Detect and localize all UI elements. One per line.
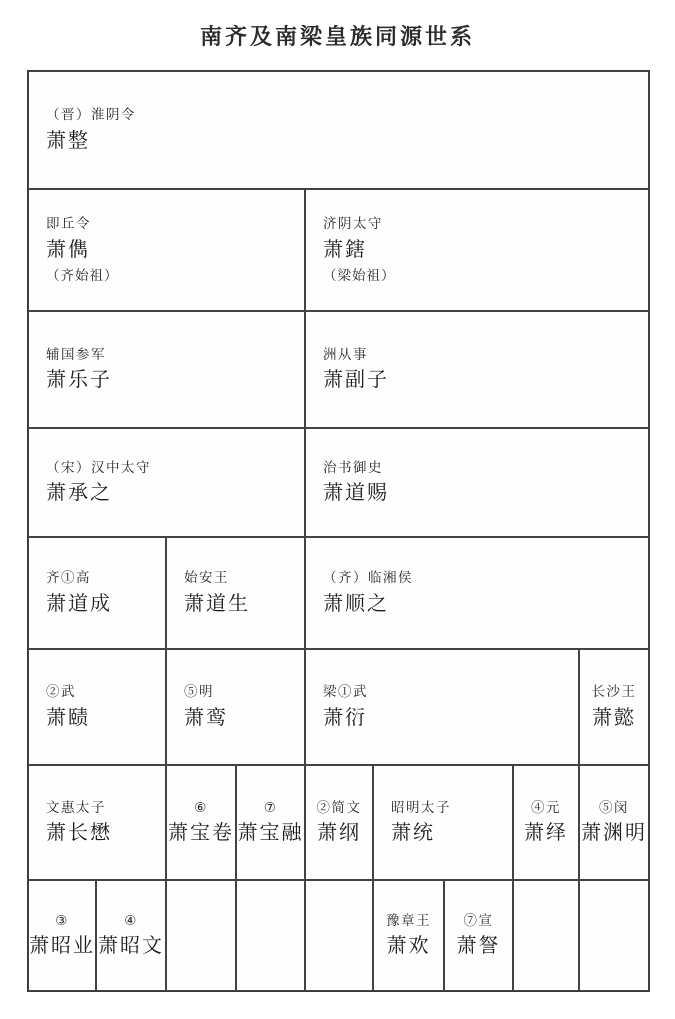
cell-xiao-baojuan: ⑥萧宝卷 bbox=[166, 765, 236, 880]
cell-name: 萧统 bbox=[391, 820, 435, 847]
cell-xiao-yuanming: ⑤闵萧渊明 bbox=[579, 765, 649, 880]
cell-name: 萧顺之 bbox=[323, 591, 389, 618]
cell-xiao-tong: 昭明太子萧统 bbox=[373, 765, 513, 880]
cell-name: 萧道生 bbox=[184, 591, 250, 618]
cell-empty-3 bbox=[305, 880, 373, 991]
cell-name: 萧乐子 bbox=[46, 367, 112, 394]
cell-label: 辅国参军 bbox=[46, 345, 106, 365]
cell-label: 始安王 bbox=[184, 568, 229, 588]
cell-name: 萧渊明 bbox=[581, 820, 647, 847]
cell-xiao-xia: 济阴太守萧鎋（梁始祖） bbox=[305, 189, 649, 311]
cell-label: ⑤明 bbox=[184, 682, 214, 702]
cell-xiao-lezi: 辅国参军萧乐子 bbox=[28, 311, 305, 428]
cell-label: ②武 bbox=[46, 682, 76, 702]
cell-note: （梁始祖） bbox=[323, 266, 396, 286]
cell-empty-1 bbox=[166, 880, 236, 991]
cell-xiao-fuzi: 洲从事萧副子 bbox=[305, 311, 649, 428]
cell-label: 济阴太守 bbox=[323, 214, 383, 234]
cell-label: 长沙王 bbox=[592, 682, 637, 702]
cell-name: 萧鸾 bbox=[184, 705, 228, 732]
cell-xiao-shunzhi: （齐）临湘侯萧顺之 bbox=[305, 537, 649, 649]
cell-label: 文惠太子 bbox=[46, 798, 106, 818]
cell-xiao-luan: ⑤明萧鸾 bbox=[166, 649, 305, 765]
cell-name: 萧长懋 bbox=[46, 820, 112, 847]
cell-label: 昭明太子 bbox=[391, 798, 451, 818]
cell-label: 齐①高 bbox=[46, 568, 91, 588]
cell-name: 萧副子 bbox=[323, 367, 389, 394]
cell-label: ⑦宣 bbox=[464, 911, 494, 931]
cell-name: 萧昭业 bbox=[29, 933, 95, 960]
cell-xiao-zhaowen: ④萧昭文 bbox=[96, 880, 166, 991]
cell-xiao-baorong: ⑦萧宝融 bbox=[236, 765, 305, 880]
cell-name: 萧昭文 bbox=[98, 933, 164, 960]
cell-label: ②简文 bbox=[317, 798, 362, 818]
cell-name: 萧道成 bbox=[46, 591, 112, 618]
cell-xiao-zheng: （晋）淮阴令萧整 bbox=[28, 71, 649, 189]
cell-label: ⑥ bbox=[194, 798, 208, 818]
cell-xiao-daoci: 治书御史萧道赐 bbox=[305, 428, 649, 537]
genealogy-table: （晋）淮阴令萧整即丘令萧儁（齐始祖）济阴太守萧鎋（梁始祖）辅国参军萧乐子洲从事萧… bbox=[27, 70, 650, 992]
cell-empty-2 bbox=[236, 880, 305, 991]
cell-name: 萧懿 bbox=[592, 705, 636, 732]
cell-xiao-changmao: 文惠太子萧长懋 bbox=[28, 765, 166, 880]
cell-label: （齐）临湘侯 bbox=[323, 568, 413, 588]
cell-name: 萧宝卷 bbox=[168, 820, 234, 847]
page-title: 南齐及南梁皇族同源世系 bbox=[0, 20, 675, 51]
cell-label: （宋）汉中太守 bbox=[46, 458, 151, 478]
cell-empty-4 bbox=[513, 880, 579, 991]
cell-xiao-yan: 梁①武萧衍 bbox=[305, 649, 579, 765]
cell-label: 豫章王 bbox=[386, 911, 431, 931]
cell-name: 萧鎋 bbox=[323, 237, 367, 264]
cell-label: 即丘令 bbox=[46, 214, 91, 234]
cell-xiao-cha: ⑦宣萧詧 bbox=[444, 880, 513, 991]
cell-label: 梁①武 bbox=[323, 682, 368, 702]
cell-xiao-yi: 长沙王萧懿 bbox=[579, 649, 649, 765]
cell-label: ⑦ bbox=[264, 798, 278, 818]
cell-name: 萧道赐 bbox=[323, 480, 389, 507]
cell-name: 萧欢 bbox=[387, 933, 431, 960]
cell-xiao-zhaoye: ③萧昭业 bbox=[28, 880, 96, 991]
cell-label: ④元 bbox=[531, 798, 561, 818]
cell-label: ③ bbox=[55, 911, 69, 931]
cell-empty-5 bbox=[579, 880, 649, 991]
cell-xiao-daosheng: 始安王萧道生 bbox=[166, 537, 305, 649]
cell-label: ④ bbox=[124, 911, 138, 931]
cell-xiao-ze: ②武萧赜 bbox=[28, 649, 166, 765]
cell-xiao-yi-yuan: ④元萧绎 bbox=[513, 765, 579, 880]
cell-name: 萧绎 bbox=[524, 820, 568, 847]
cell-name: 萧赜 bbox=[46, 705, 90, 732]
cell-name: 萧宝融 bbox=[238, 820, 304, 847]
cell-name: 萧儁 bbox=[46, 237, 90, 264]
cell-note: （齐始祖） bbox=[46, 266, 119, 286]
cell-name: 萧纲 bbox=[317, 820, 361, 847]
cell-label: ⑤闵 bbox=[599, 798, 629, 818]
scanned-page: 南齐及南梁皇族同源世系 （晋）淮阴令萧整即丘令萧儁（齐始祖）济阴太守萧鎋（梁始祖… bbox=[0, 0, 675, 1019]
cell-xiao-chengzhi: （宋）汉中太守萧承之 bbox=[28, 428, 305, 537]
cell-label: （晋）淮阴令 bbox=[46, 105, 136, 125]
cell-name: 萧承之 bbox=[46, 480, 112, 507]
cell-xiao-daocheng: 齐①高萧道成 bbox=[28, 537, 166, 649]
cell-xiao-huan: 豫章王萧欢 bbox=[373, 880, 444, 991]
cell-name: 萧整 bbox=[46, 128, 90, 155]
cell-name: 萧衍 bbox=[323, 705, 367, 732]
cell-xiao-gang: ②简文萧纲 bbox=[305, 765, 373, 880]
cell-label: 洲从事 bbox=[323, 345, 368, 365]
cell-label: 治书御史 bbox=[323, 458, 383, 478]
cell-xiao-jun: 即丘令萧儁（齐始祖） bbox=[28, 189, 305, 311]
cell-name: 萧詧 bbox=[457, 933, 501, 960]
